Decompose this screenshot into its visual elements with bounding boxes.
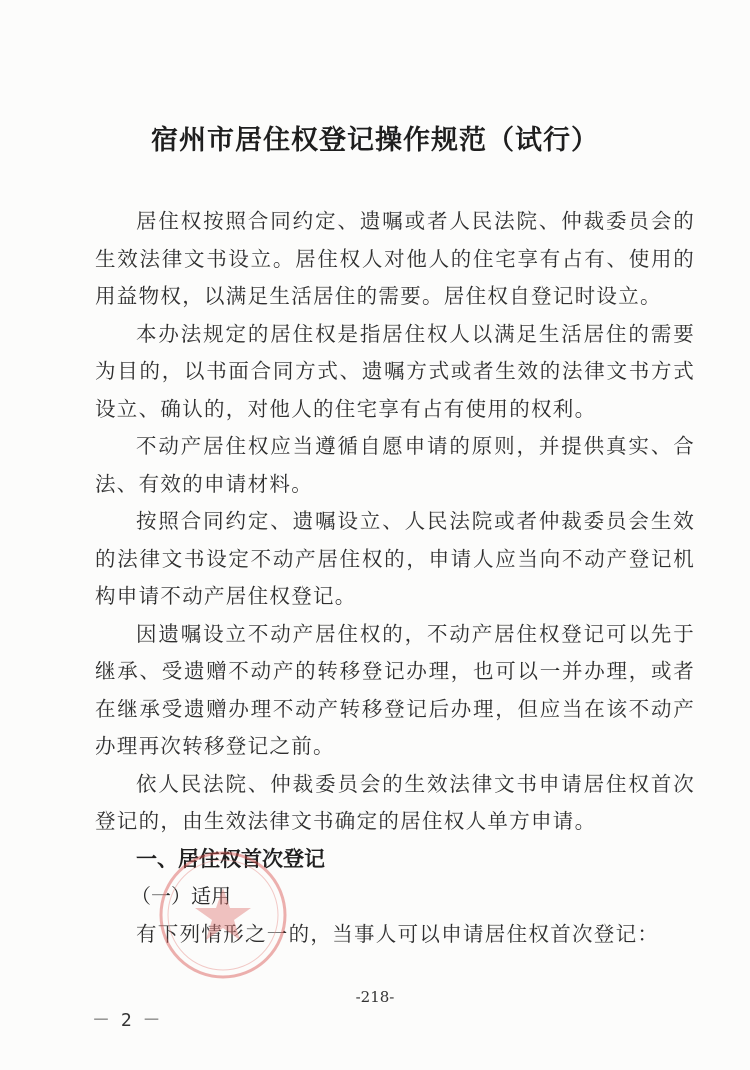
document-body: 居住权按照合同约定、遗嘱或者人民法院、仲裁委员会的生效法律文书设立。居住权人对他… (95, 203, 695, 953)
closing-paragraph: 有下列情形之一的，当事人可以申请居住权首次登记： (95, 916, 695, 954)
document-title: 宿州市居住权登记操作规范（试行） (0, 118, 750, 157)
section-heading: 一、居住权首次登记 (95, 841, 695, 879)
paragraph-2: 本办法规定的居住权是指居住权人以满足生活居住的需要为目的，以书面合同方式、遗嘱方… (95, 316, 695, 429)
document-page: 宿州市居住权登记操作规范（试行） 居住权按照合同约定、遗嘱或者人民法院、仲裁委员… (0, 0, 750, 1070)
page-number-inner: -218- (0, 988, 750, 1006)
paragraph-3: 不动产居住权应当遵循自愿申请的原则，并提供真实、合法、有效的申请材料。 (95, 428, 695, 503)
subsection-heading: （一）适用 (95, 878, 695, 916)
paragraph-5: 因遗嘱设立不动产居住权的，不动产居住权登记可以先于继承、受遗赠不动产的转移登记办… (95, 616, 695, 766)
page-number-outer: － 2 － (92, 1006, 161, 1032)
paragraph-6: 依人民法院、仲裁委员会的生效法律文书申请居住权首次登记的，由生效法律文书确定的居… (95, 766, 695, 841)
paragraph-1: 居住权按照合同约定、遗嘱或者人民法院、仲裁委员会的生效法律文书设立。居住权人对他… (95, 203, 695, 316)
paragraph-4: 按照合同约定、遗嘱设立、人民法院或者仲裁委员会生效的法律文书设定不动产居住权的，… (95, 503, 695, 616)
